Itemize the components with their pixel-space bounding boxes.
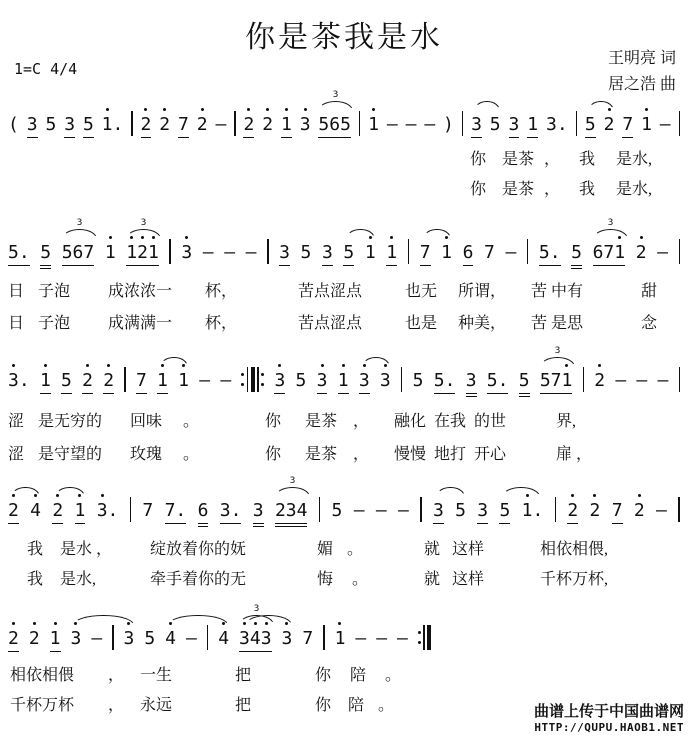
duration-dash: – xyxy=(246,242,257,264)
note: 5 xyxy=(519,370,530,392)
octave-dot xyxy=(321,364,324,367)
lyric-segment: 涩 xyxy=(8,408,24,431)
note: 2 xyxy=(82,370,93,392)
duration-dash: – xyxy=(660,114,671,136)
lyric-row-verse-2: 日子泡成满满一杯，苦点涩点也是种美，苦 是思念 xyxy=(8,310,680,332)
note: 5 xyxy=(490,114,501,136)
barline-thin xyxy=(423,625,424,650)
triplet-arc: 3 xyxy=(62,229,97,239)
note: 3 xyxy=(359,370,370,392)
barline xyxy=(679,239,680,264)
octave-dot xyxy=(571,494,574,497)
note: 4 xyxy=(165,628,176,650)
octave-dot xyxy=(54,622,57,625)
barline xyxy=(420,497,421,522)
lyric-segment: 成浓浓一 xyxy=(108,278,172,301)
note: 2 xyxy=(567,500,578,522)
octave-dot xyxy=(640,236,643,239)
note: 3 xyxy=(322,242,333,264)
sheet-music-page: 你是茶我是水 1=C 4/4 王明亮 词 居之浩 曲 (35351.2272–2… xyxy=(0,0,688,737)
lyric-segment: 子泡 xyxy=(38,278,70,301)
lyric-segment: 牵手着你的无 xyxy=(150,566,246,589)
note: 1 xyxy=(365,242,376,264)
lyric-row-verse-1: 相依相偎，一生把你陪。 xyxy=(8,662,680,684)
octave-dot xyxy=(12,364,15,367)
credits: 王明亮 词 居之浩 曲 xyxy=(608,46,676,98)
octave-dot xyxy=(304,108,307,111)
note: 567 xyxy=(62,242,95,264)
slur-arc xyxy=(436,487,464,497)
duration-dash: – xyxy=(224,242,235,264)
duration-dash: – xyxy=(387,114,398,136)
note: 5. xyxy=(487,370,509,392)
barline xyxy=(112,625,113,650)
lyric-segment: ， xyxy=(353,441,369,464)
barline xyxy=(462,111,463,136)
barline xyxy=(401,367,402,392)
barline-thick xyxy=(427,625,431,650)
footer-site-name: 曲谱上传于中国曲谱网 xyxy=(534,703,684,722)
lyric-segment: 子泡 xyxy=(38,310,70,333)
barline xyxy=(207,625,208,650)
lyric-segment: 陪 xyxy=(350,662,366,685)
note: 3 xyxy=(317,370,328,392)
lyric-row-verse-2: 涩是守望的玫瑰。你是茶，慢慢地打开心扉 ， xyxy=(8,441,680,463)
octave-dot xyxy=(185,236,188,239)
octave-dot xyxy=(278,364,281,367)
octave-dot xyxy=(106,108,109,111)
duration-dash: – xyxy=(636,370,647,392)
octave-dot xyxy=(163,108,166,111)
octave-dot xyxy=(247,108,250,111)
lyric-segment: 就 xyxy=(424,566,440,589)
barline xyxy=(583,367,584,392)
note: 5 xyxy=(45,114,56,136)
barline xyxy=(678,497,679,522)
barline-thin xyxy=(247,367,248,392)
note: 7 xyxy=(622,114,633,136)
octave-dot xyxy=(598,364,601,367)
lyric-segment: 永远 xyxy=(140,692,172,715)
note: 6 xyxy=(463,242,474,264)
lyric-segment: 也是 xyxy=(405,310,437,333)
barline-thin xyxy=(257,367,258,392)
octave-dot xyxy=(144,108,147,111)
lyric-segment: 苦点涩点 xyxy=(298,310,362,333)
note: 3 xyxy=(279,242,290,264)
note: 5 xyxy=(343,242,354,264)
lyric-segment: 相依相偎, xyxy=(540,536,608,559)
barline xyxy=(131,111,132,136)
triplet-number: 3 xyxy=(333,90,339,100)
note: 5 xyxy=(61,370,72,392)
lyric-segment: 是茶 xyxy=(502,146,534,169)
score-line-1: (35351.2272–22135651–––)35313.5271–3你是茶，… xyxy=(8,96,680,218)
note: 2 xyxy=(590,500,601,522)
note: 3. xyxy=(97,500,119,522)
lyric-segment: 你 xyxy=(265,441,281,464)
triplet-number: 3 xyxy=(77,218,83,228)
duration-dash: – xyxy=(615,370,626,392)
lyric-segment: 是水, xyxy=(60,566,96,589)
note: 1 xyxy=(641,114,652,136)
lyric-segment: 苦 是思 xyxy=(531,310,583,333)
note: 7. xyxy=(165,500,187,522)
octave-dot xyxy=(33,622,36,625)
slur-arc xyxy=(160,357,187,367)
note: 2 xyxy=(594,370,605,392)
duration-dash: – xyxy=(355,628,366,650)
duration-dash: – xyxy=(376,500,387,522)
slur-arc xyxy=(73,615,133,625)
note: 7 xyxy=(142,500,153,522)
note: 5 xyxy=(332,500,343,522)
lyric-segment: 也无 xyxy=(405,278,437,301)
octave-dot xyxy=(372,108,375,111)
octave-dot xyxy=(338,622,341,625)
barline xyxy=(679,367,680,392)
barline xyxy=(408,239,409,264)
notation-row: 5.556711213–––3535117167–5.56712–333 xyxy=(8,238,680,264)
octave-dot xyxy=(593,494,596,497)
note: 5 xyxy=(83,114,94,136)
note: 3 xyxy=(509,114,520,136)
octave-dot xyxy=(390,236,393,239)
lyric-segment: 苦 中有 xyxy=(531,278,583,301)
duration-dash: – xyxy=(658,370,669,392)
lyric-row-verse-1: 日子泡成浓浓一杯，苦点涩点也无所谓，苦 中有甜 xyxy=(8,278,680,300)
lyric-segment: 是茶 xyxy=(305,408,337,431)
note: 5. xyxy=(434,370,456,392)
note: 2 xyxy=(141,114,152,136)
lyricist-credit: 王明亮 词 xyxy=(608,46,676,72)
score-line-2: 5.556711213–––3535117167–5.56712–333日子泡成… xyxy=(8,224,680,346)
octave-dot xyxy=(107,364,110,367)
duration-dash: – xyxy=(215,114,226,136)
lyric-segment: 你 xyxy=(315,692,331,715)
lyric-segment: ， xyxy=(353,408,369,431)
barline xyxy=(319,497,320,522)
lyric-segment: 。 xyxy=(183,441,199,464)
note: 4 xyxy=(30,500,41,522)
lyric-segment: 千杯万杯 xyxy=(10,692,74,715)
octave-dot xyxy=(101,494,104,497)
note: 5 xyxy=(585,114,596,136)
barline xyxy=(679,111,680,136)
lyric-segment: 相依相偎 xyxy=(10,662,74,685)
note: 1 xyxy=(338,370,349,392)
triplet-arc: 3 xyxy=(540,357,575,367)
duration-dash: – xyxy=(203,242,214,264)
duration-dash: – xyxy=(505,242,516,264)
lyric-segment: 把 xyxy=(235,692,251,715)
note: 2 xyxy=(52,500,63,522)
lyric-segment: 杯， xyxy=(205,278,237,301)
lyric-segment: 绽放着你的妩 xyxy=(150,536,246,559)
note: 2 xyxy=(262,114,273,136)
repeat-dots xyxy=(261,373,264,386)
barline xyxy=(359,111,360,136)
lyric-segment: 。 xyxy=(347,536,363,559)
slur-arc xyxy=(168,615,227,625)
note: 2 xyxy=(634,500,645,522)
notation-row: 24213.77.63.32345–––35351.2272–3 xyxy=(8,496,680,522)
note: 7 xyxy=(178,114,189,136)
lyric-segment: 成满满一 xyxy=(108,310,172,333)
lyric-segment: 日 xyxy=(8,310,24,333)
composer-credit: 居之浩 曲 xyxy=(608,72,676,98)
lyric-segment: ， xyxy=(108,692,124,715)
lyric-row-verse-2: 你是茶，我是水, xyxy=(8,176,680,198)
slur-arc xyxy=(245,615,292,625)
note: 3 xyxy=(27,114,38,136)
note: 7 xyxy=(136,370,147,392)
lyric-segment: 是茶 xyxy=(305,441,337,464)
lyric-row-verse-1: 涩是无穷的回味。你是茶，融化在我的世界, xyxy=(8,408,680,430)
note: 7 xyxy=(612,500,623,522)
lyric-segment: 我 xyxy=(27,566,43,589)
lyric-segment: 你 xyxy=(315,662,331,685)
note: 6 xyxy=(198,500,209,522)
note: 1. xyxy=(102,114,124,136)
note: 1 xyxy=(441,242,452,264)
note: 2 xyxy=(29,628,40,650)
barline xyxy=(234,111,235,136)
note: 3 xyxy=(124,628,135,650)
note: 2 xyxy=(8,500,19,522)
note: 5. xyxy=(539,242,561,264)
octave-dot xyxy=(109,236,112,239)
repeat-dots xyxy=(241,373,244,386)
lyric-segment: 种美， xyxy=(458,310,506,333)
barline xyxy=(130,497,131,522)
lyric-segment: 一生 xyxy=(140,662,172,685)
note: 1 xyxy=(105,242,116,264)
duration-dash: – xyxy=(657,242,668,264)
duration-dash: – xyxy=(398,500,409,522)
lyric-segment: 扉 ， xyxy=(556,441,592,464)
note: 5 xyxy=(455,500,466,522)
lyric-segment: ， xyxy=(544,176,560,199)
duration-dash: – xyxy=(186,628,197,650)
barline xyxy=(527,239,528,264)
lyric-row-verse-1: 你是茶，我是水, xyxy=(8,146,680,168)
lyric-row-verse-2: 我是水,牵手着你的无悔。就这样千杯万杯, xyxy=(8,566,680,588)
note: 3 xyxy=(274,370,285,392)
duration-dash: – xyxy=(406,114,417,136)
note: 2 xyxy=(103,370,114,392)
lyric-segment: 你 xyxy=(470,146,486,169)
note: 3 xyxy=(433,500,444,522)
note: 3 xyxy=(64,114,75,136)
note: 1 xyxy=(335,628,346,650)
note: 3 xyxy=(471,114,482,136)
note: 3 xyxy=(380,370,391,392)
note: 5 xyxy=(144,628,155,650)
octave-dot xyxy=(342,364,345,367)
slur-arc xyxy=(11,487,39,497)
lyric-segment: 玫瑰 xyxy=(130,441,162,464)
lyric-segment: 是水, xyxy=(616,176,652,199)
note: 2 xyxy=(604,114,615,136)
key-signature: 1=C 4/4 xyxy=(14,60,77,78)
lyric-segment: 苦点涩点 xyxy=(298,278,362,301)
score-symbol: ) xyxy=(443,114,454,136)
slur-arc xyxy=(502,487,540,497)
lyric-segment: 念 xyxy=(641,310,657,333)
lyric-segment: 日 xyxy=(8,278,24,301)
octave-dot xyxy=(201,108,204,111)
note: 1 xyxy=(386,242,397,264)
lyric-row-verse-1: 我是水 ，绽放着你的妩媚。就这样相依相偎, xyxy=(8,536,680,558)
lyric-segment: 开心 xyxy=(474,441,506,464)
score-line-4: 24213.77.63.32345–––35351.2272–3我是水 ，绽放着… xyxy=(8,482,680,604)
octave-dot xyxy=(86,364,89,367)
duration-dash: – xyxy=(424,114,435,136)
slur-arc xyxy=(346,229,374,239)
note: 3. xyxy=(546,114,568,136)
notation-row: 2213–354–4343371–––3 xyxy=(8,624,431,650)
repeat-dots xyxy=(418,631,421,644)
octave-dot xyxy=(12,622,15,625)
lyric-segment: ， xyxy=(544,146,560,169)
barline xyxy=(323,625,324,650)
note: 1 xyxy=(40,370,51,392)
duration-dash: – xyxy=(354,500,365,522)
note: 5 xyxy=(301,242,312,264)
song-title: 你是茶我是水 xyxy=(0,12,688,56)
note: 5 xyxy=(571,242,582,264)
note: 5. xyxy=(8,242,30,264)
triplet-arc: 3 xyxy=(126,229,161,239)
lyric-segment: 。 xyxy=(352,566,368,589)
lyric-segment: 这样 xyxy=(452,536,484,559)
lyric-segment: 的世 xyxy=(474,408,506,431)
slur-arc xyxy=(55,487,84,497)
lyric-segment: 。 xyxy=(385,662,401,685)
lyric-segment: 甜 xyxy=(641,278,657,301)
note: 1 xyxy=(368,114,379,136)
duration-dash: – xyxy=(397,628,408,650)
note: 2 xyxy=(197,114,208,136)
lyric-segment: 是无穷的 xyxy=(38,408,102,431)
note: 3 xyxy=(300,114,311,136)
octave-dot xyxy=(285,108,288,111)
duration-dash: – xyxy=(199,370,210,392)
note: 3 xyxy=(70,628,81,650)
triplet-arc: 3 xyxy=(275,487,310,497)
triplet-number: 3 xyxy=(141,218,147,228)
slur-arc xyxy=(423,229,450,239)
footer: 曲谱上传于中国曲谱网 HTTP://QUPU.HAOB1.NET xyxy=(534,703,684,736)
note: 343 xyxy=(239,628,272,650)
note: 7 xyxy=(420,242,431,264)
octave-dot xyxy=(638,494,641,497)
note: 2 xyxy=(8,628,19,650)
note: 1 xyxy=(157,370,168,392)
lyric-segment: 地打 xyxy=(434,441,466,464)
note: 671 xyxy=(593,242,626,264)
lyric-segment: 媚 xyxy=(317,536,333,559)
octave-dot xyxy=(44,364,47,367)
lyric-segment: 把 xyxy=(235,662,251,685)
note: 1. xyxy=(522,500,544,522)
note: 1 xyxy=(281,114,292,136)
repeat-end-sign xyxy=(418,625,431,650)
triplet-arc: 3 xyxy=(318,101,353,111)
barline xyxy=(267,239,268,264)
note: 1 xyxy=(75,500,86,522)
slur-arc xyxy=(474,101,499,111)
lyric-segment: 是水, xyxy=(616,146,652,169)
note: 5 xyxy=(296,370,307,392)
lyric-segment: 千杯万杯, xyxy=(540,566,608,589)
lyric-segment: 你 xyxy=(265,408,281,431)
note: 3 xyxy=(466,370,477,392)
duration-dash: – xyxy=(220,370,231,392)
lyric-segment: 我 xyxy=(579,146,595,169)
note: 5 xyxy=(413,370,424,392)
triplet-arc: 3 xyxy=(593,229,628,239)
note: 565 xyxy=(318,114,351,136)
note: 234 xyxy=(275,500,308,522)
note: 2 xyxy=(636,242,647,264)
note: 7 xyxy=(484,242,495,264)
lyric-segment: 。 xyxy=(183,408,199,431)
barline-thick xyxy=(251,367,255,392)
note: 7 xyxy=(302,628,313,650)
repeat-both-sign xyxy=(241,367,264,392)
lyric-segment: 涩 xyxy=(8,441,24,464)
slur-arc xyxy=(588,101,613,111)
note: 571 xyxy=(540,370,573,392)
note: 1 xyxy=(178,370,189,392)
score-symbol: ( xyxy=(8,114,19,136)
notation-row: 3.1522711––35313355.35.55712–––3 xyxy=(8,366,680,392)
barline xyxy=(576,111,577,136)
note: 3 xyxy=(253,500,264,522)
lyric-segment: 我 xyxy=(27,536,43,559)
score-line-3: 3.1522711––35313355.35.55712–––3涩是无穷的回味。… xyxy=(8,352,680,474)
note: 2 xyxy=(243,114,254,136)
triplet-number: 3 xyxy=(608,218,614,228)
lyric-segment: 我 xyxy=(579,176,595,199)
note: 4 xyxy=(218,628,229,650)
footer-site-url: HTTP://QUPU.HAOB1.NET xyxy=(534,721,684,735)
note: 3. xyxy=(8,370,30,392)
note: 1 xyxy=(527,114,538,136)
note: 3 xyxy=(282,628,293,650)
lyric-segment: 回味 xyxy=(130,408,162,431)
lyric-segment: 慢慢 xyxy=(394,441,426,464)
slur-arc xyxy=(362,357,389,367)
lyric-segment: 悔 xyxy=(317,566,333,589)
note: 1 xyxy=(50,628,61,650)
lyric-segment: 你 xyxy=(470,176,486,199)
lyric-segment: 。 xyxy=(378,692,394,715)
duration-dash: – xyxy=(91,628,102,650)
note: 2 xyxy=(159,114,170,136)
duration-dash: – xyxy=(376,628,387,650)
notation-row: (35351.2272–22135651–––)35313.5271–3 xyxy=(8,110,680,136)
note: 3. xyxy=(220,500,242,522)
lyric-segment: 在我 xyxy=(434,408,466,431)
lyric-segment: 是守望的 xyxy=(38,441,102,464)
note: 5 xyxy=(499,500,510,522)
triplet-number: 3 xyxy=(290,476,296,486)
barline xyxy=(124,367,125,392)
triplet-number: 3 xyxy=(555,346,561,356)
